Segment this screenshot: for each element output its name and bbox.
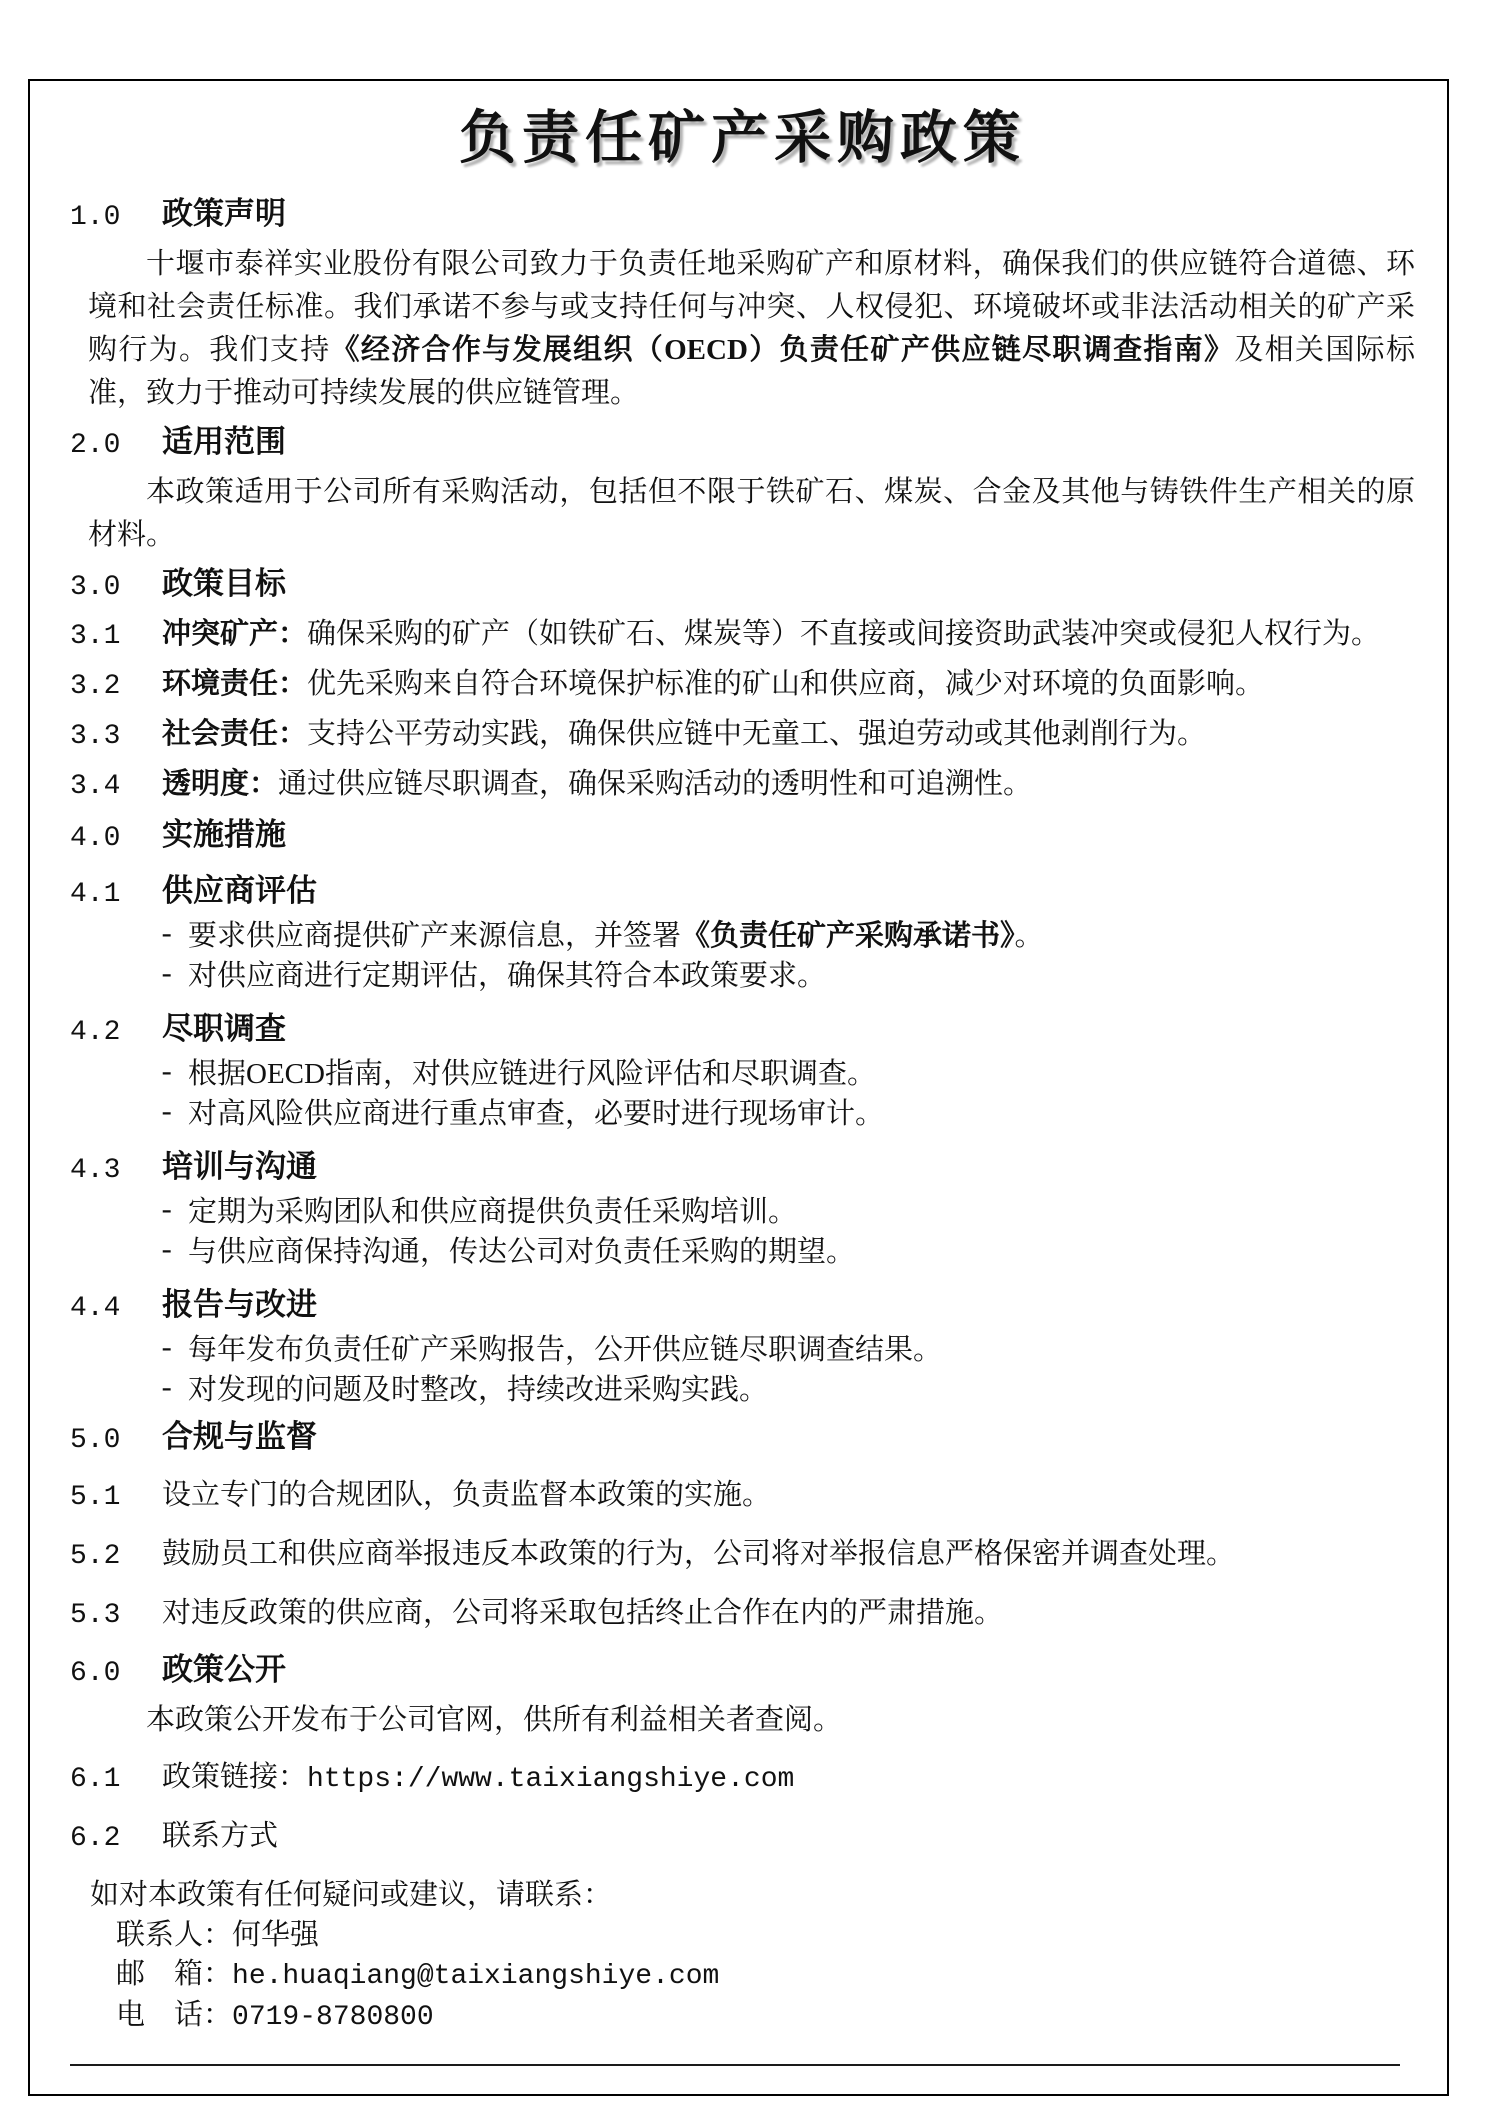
bullet-dash: - [158, 1370, 188, 1410]
compliance-text: 鼓励员工和供应商举报违反本政策的行为，公司将对举报信息严格保密并调查处理。 [162, 1538, 1235, 1570]
footer-rule [70, 2064, 1400, 2066]
subsection-heading-text: 供应商评估 [162, 873, 317, 908]
compliance-text: 对违反政策的供应商，公司将采取包括终止合作在内的严肃措施。 [162, 1597, 1003, 1629]
compliance-item: 5.2鼓励员工和供应商举报违反本政策的行为，公司将对举报信息严格保密并调查处理。 [70, 1533, 1415, 1578]
item-number: 3.1 [70, 615, 162, 658]
subsection-heading-supplier-assessment: 4.1供应商评估 [70, 872, 1415, 914]
item-number: 6.2 [70, 1817, 162, 1860]
contact-phone-line: 电 话：0719-8780800 [116, 1996, 1415, 2037]
subsection-number: 4.1 [70, 876, 162, 914]
list-item-text: 对供应商进行定期评估，确保其符合本政策要求。 [188, 956, 1415, 996]
compliance-item: 5.1设立专门的合规团队，负责监督本政策的实施。 [70, 1474, 1415, 1519]
contact-person-label: 联系人： [116, 1919, 232, 1951]
section-heading-compliance: 5.0合规与监督 [70, 1418, 1415, 1460]
subsection-heading-due-diligence: 4.2尽职调查 [70, 1010, 1415, 1052]
bullet-list: -每年发布负责任矿产采购报告，公开供应链尽职调查结果。 -对发现的问题及时整改，… [70, 1330, 1415, 1410]
section-number: 3.0 [70, 569, 162, 607]
bullet-list: -根据OECD指南，对供应链进行风险评估和尽职调查。 -对高风险供应商进行重点审… [70, 1054, 1415, 1134]
item-number: 5.1 [70, 1476, 162, 1519]
item-number: 5.3 [70, 1594, 162, 1637]
subsection-heading-text: 尽职调查 [162, 1011, 286, 1046]
section-number: 1.0 [70, 199, 162, 237]
list-item-text: 与供应商保持沟通，传达公司对负责任采购的期望。 [188, 1232, 1415, 1272]
section-heading-policy-disclosure: 6.0政策公开 [70, 1651, 1415, 1693]
contact-phone-value: 0719-8780800 [232, 2002, 434, 2033]
contact-email-value: he.huaqiang@taixiangshiye.com [232, 1961, 719, 1992]
subsection-heading-text: 培训与沟通 [162, 1149, 317, 1184]
list-item: -定期为采购团队和供应商提供负责任采购培训。 [158, 1192, 1415, 1232]
contact-email-line: 邮 箱：he.huaqiang@taixiangshiye.com [116, 1955, 1415, 1996]
bullet-dash: - [158, 1054, 188, 1094]
objective-item: 3.3社会责任：支持公平劳动实践，确保供应链中无童工、强迫劳动或其他剥削行为。 [70, 713, 1415, 758]
objective-item: 3.1冲突矿产：确保采购的矿产（如铁矿石、煤炭等）不直接或间接资助武装冲突或侵犯… [70, 613, 1415, 658]
document-page: 负责任矿产采购政策 1.0政策声明 十堰市泰祥实业股份有限公司致力于负责任地采购… [28, 79, 1449, 2096]
bullet-dash: - [158, 916, 188, 956]
policy-statement-paragraph: 十堰市泰祥实业股份有限公司致力于负责任地采购矿产和原材料，确保我们的供应链符合道… [88, 243, 1415, 415]
contact-phone-label: 电 话： [116, 1999, 232, 2031]
list-item: -对高风险供应商进行重点审查，必要时进行现场审计。 [158, 1094, 1415, 1134]
subsection-heading-training-communication: 4.3培训与沟通 [70, 1148, 1415, 1190]
subsection-number: 4.4 [70, 1290, 162, 1328]
item-number: 3.2 [70, 665, 162, 708]
list-item: -根据OECD指南，对供应链进行风险评估和尽职调查。 [158, 1054, 1415, 1094]
section-heading-text: 政策公开 [162, 1652, 286, 1687]
section-number: 4.0 [70, 820, 162, 858]
objective-term: 透明度： [162, 768, 278, 800]
subsection-number: 4.2 [70, 1014, 162, 1052]
subsection-heading-text: 报告与改进 [162, 1287, 317, 1322]
objective-term: 环境责任： [162, 668, 307, 700]
objective-text: 确保采购的矿产（如铁矿石、煤炭等）不直接或间接资助武装冲突或侵犯人权行为。 [307, 618, 1380, 650]
bullet-dash: - [158, 956, 188, 996]
objective-term: 社会责任： [162, 718, 307, 750]
objective-text: 支持公平劳动实践，确保供应链中无童工、强迫劳动或其他剥削行为。 [307, 718, 1206, 750]
objective-item: 3.2环境责任：优先采购来自符合环境保护标准的矿山和供应商，减少对环境的负面影响… [70, 663, 1415, 708]
section-heading-objectives: 3.0政策目标 [70, 565, 1415, 607]
objective-text: 通过供应链尽职调查，确保采购活动的透明性和可追溯性。 [278, 768, 1032, 800]
contact-section-item: 6.2联系方式 [70, 1815, 1415, 1860]
list-item: -与供应商保持沟通，传达公司对负责任采购的期望。 [158, 1232, 1415, 1272]
list-item-text: 每年发布负责任矿产采购报告，公开供应链尽职调查结果。 [188, 1330, 1415, 1370]
objective-term: 冲突矿产： [162, 618, 307, 650]
section-number: 6.0 [70, 1655, 162, 1693]
document-title: 负责任矿产采购政策 [70, 105, 1415, 171]
section-number: 5.0 [70, 1422, 162, 1460]
bullet-dash: - [158, 1094, 188, 1134]
bullet-dash: - [158, 1232, 188, 1272]
policy-link-label: 政策链接： [162, 1761, 307, 1793]
contact-section-label: 联系方式 [162, 1820, 278, 1852]
subsection-heading-reporting-improvement: 4.4报告与改进 [70, 1286, 1415, 1328]
compliance-item: 5.3对违反政策的供应商，公司将采取包括终止合作在内的严肃措施。 [70, 1592, 1415, 1637]
item-number: 3.4 [70, 765, 162, 808]
subsection-number: 4.3 [70, 1152, 162, 1190]
list-item: -要求供应商提供矿产来源信息，并签署《负责任矿产采购承诺书》。 [158, 916, 1415, 956]
contact-intro: 如对本政策有任何疑问或建议，请联系： [90, 1874, 1415, 1916]
compliance-text: 设立专门的合规团队，负责监督本政策的实施。 [162, 1479, 771, 1511]
list-item-text: 定期为采购团队和供应商提供负责任采购培训。 [188, 1192, 1415, 1232]
section-heading-text: 适用范围 [162, 424, 286, 459]
document-content: 负责任矿产采购政策 1.0政策声明 十堰市泰祥实业股份有限公司致力于负责任地采购… [30, 81, 1447, 2094]
list-item: -对发现的问题及时整改，持续改进采购实践。 [158, 1370, 1415, 1410]
item-number: 3.3 [70, 715, 162, 758]
bullet-list: -要求供应商提供矿产来源信息，并签署《负责任矿产采购承诺书》。 -对供应商进行定… [70, 916, 1415, 996]
list-item-text: 要求供应商提供矿产来源信息，并签署《负责任矿产采购承诺书》。 [188, 916, 1415, 956]
section-heading-text: 政策目标 [162, 566, 286, 601]
list-item-text: 根据OECD指南，对供应链进行风险评估和尽职调查。 [188, 1054, 1415, 1094]
list-item: -对供应商进行定期评估，确保其符合本政策要求。 [158, 956, 1415, 996]
list-item-text: 对高风险供应商进行重点审查，必要时进行现场审计。 [188, 1094, 1415, 1134]
policy-link-item: 6.1政策链接：https://www.taixiangshiye.com [70, 1756, 1415, 1801]
objective-item: 3.4透明度：通过供应链尽职调查，确保采购活动的透明性和可追溯性。 [70, 763, 1415, 808]
contact-email-label: 邮 箱： [116, 1958, 232, 1990]
item-number: 5.2 [70, 1535, 162, 1578]
list-item: -每年发布负责任矿产采购报告，公开供应链尽职调查结果。 [158, 1330, 1415, 1370]
objective-text: 优先采购来自符合环境保护标准的矿山和供应商，减少对环境的负面影响。 [307, 668, 1264, 700]
list-item-text: 对发现的问题及时整改，持续改进采购实践。 [188, 1370, 1415, 1410]
bullet-dash: - [158, 1192, 188, 1232]
contact-person-line: 联系人：何华强 [116, 1916, 1415, 1955]
section-heading-policy-statement: 1.0政策声明 [70, 195, 1415, 237]
section-number: 2.0 [70, 427, 162, 465]
section-heading-text: 政策声明 [162, 196, 286, 231]
policy-link-url: https://www.taixiangshiye.com [307, 1764, 794, 1795]
section-heading-implementation: 4.0实施措施 [70, 816, 1415, 858]
section-heading-scope: 2.0适用范围 [70, 423, 1415, 465]
section-heading-text: 合规与监督 [162, 1419, 317, 1454]
disclosure-paragraph: 本政策公开发布于公司官网，供所有利益相关者查阅。 [88, 1699, 1415, 1742]
section-heading-text: 实施措施 [162, 817, 286, 852]
bullet-list: -定期为采购团队和供应商提供负责任采购培训。 -与供应商保持沟通，传达公司对负责… [70, 1192, 1415, 1272]
bullet-dash: - [158, 1330, 188, 1370]
contact-person-value: 何华强 [232, 1919, 319, 1951]
scope-paragraph: 本政策适用于公司所有采购活动，包括但不限于铁矿石、煤炭、合金及其他与铸铁件生产相… [88, 471, 1415, 557]
item-number: 6.1 [70, 1758, 162, 1801]
